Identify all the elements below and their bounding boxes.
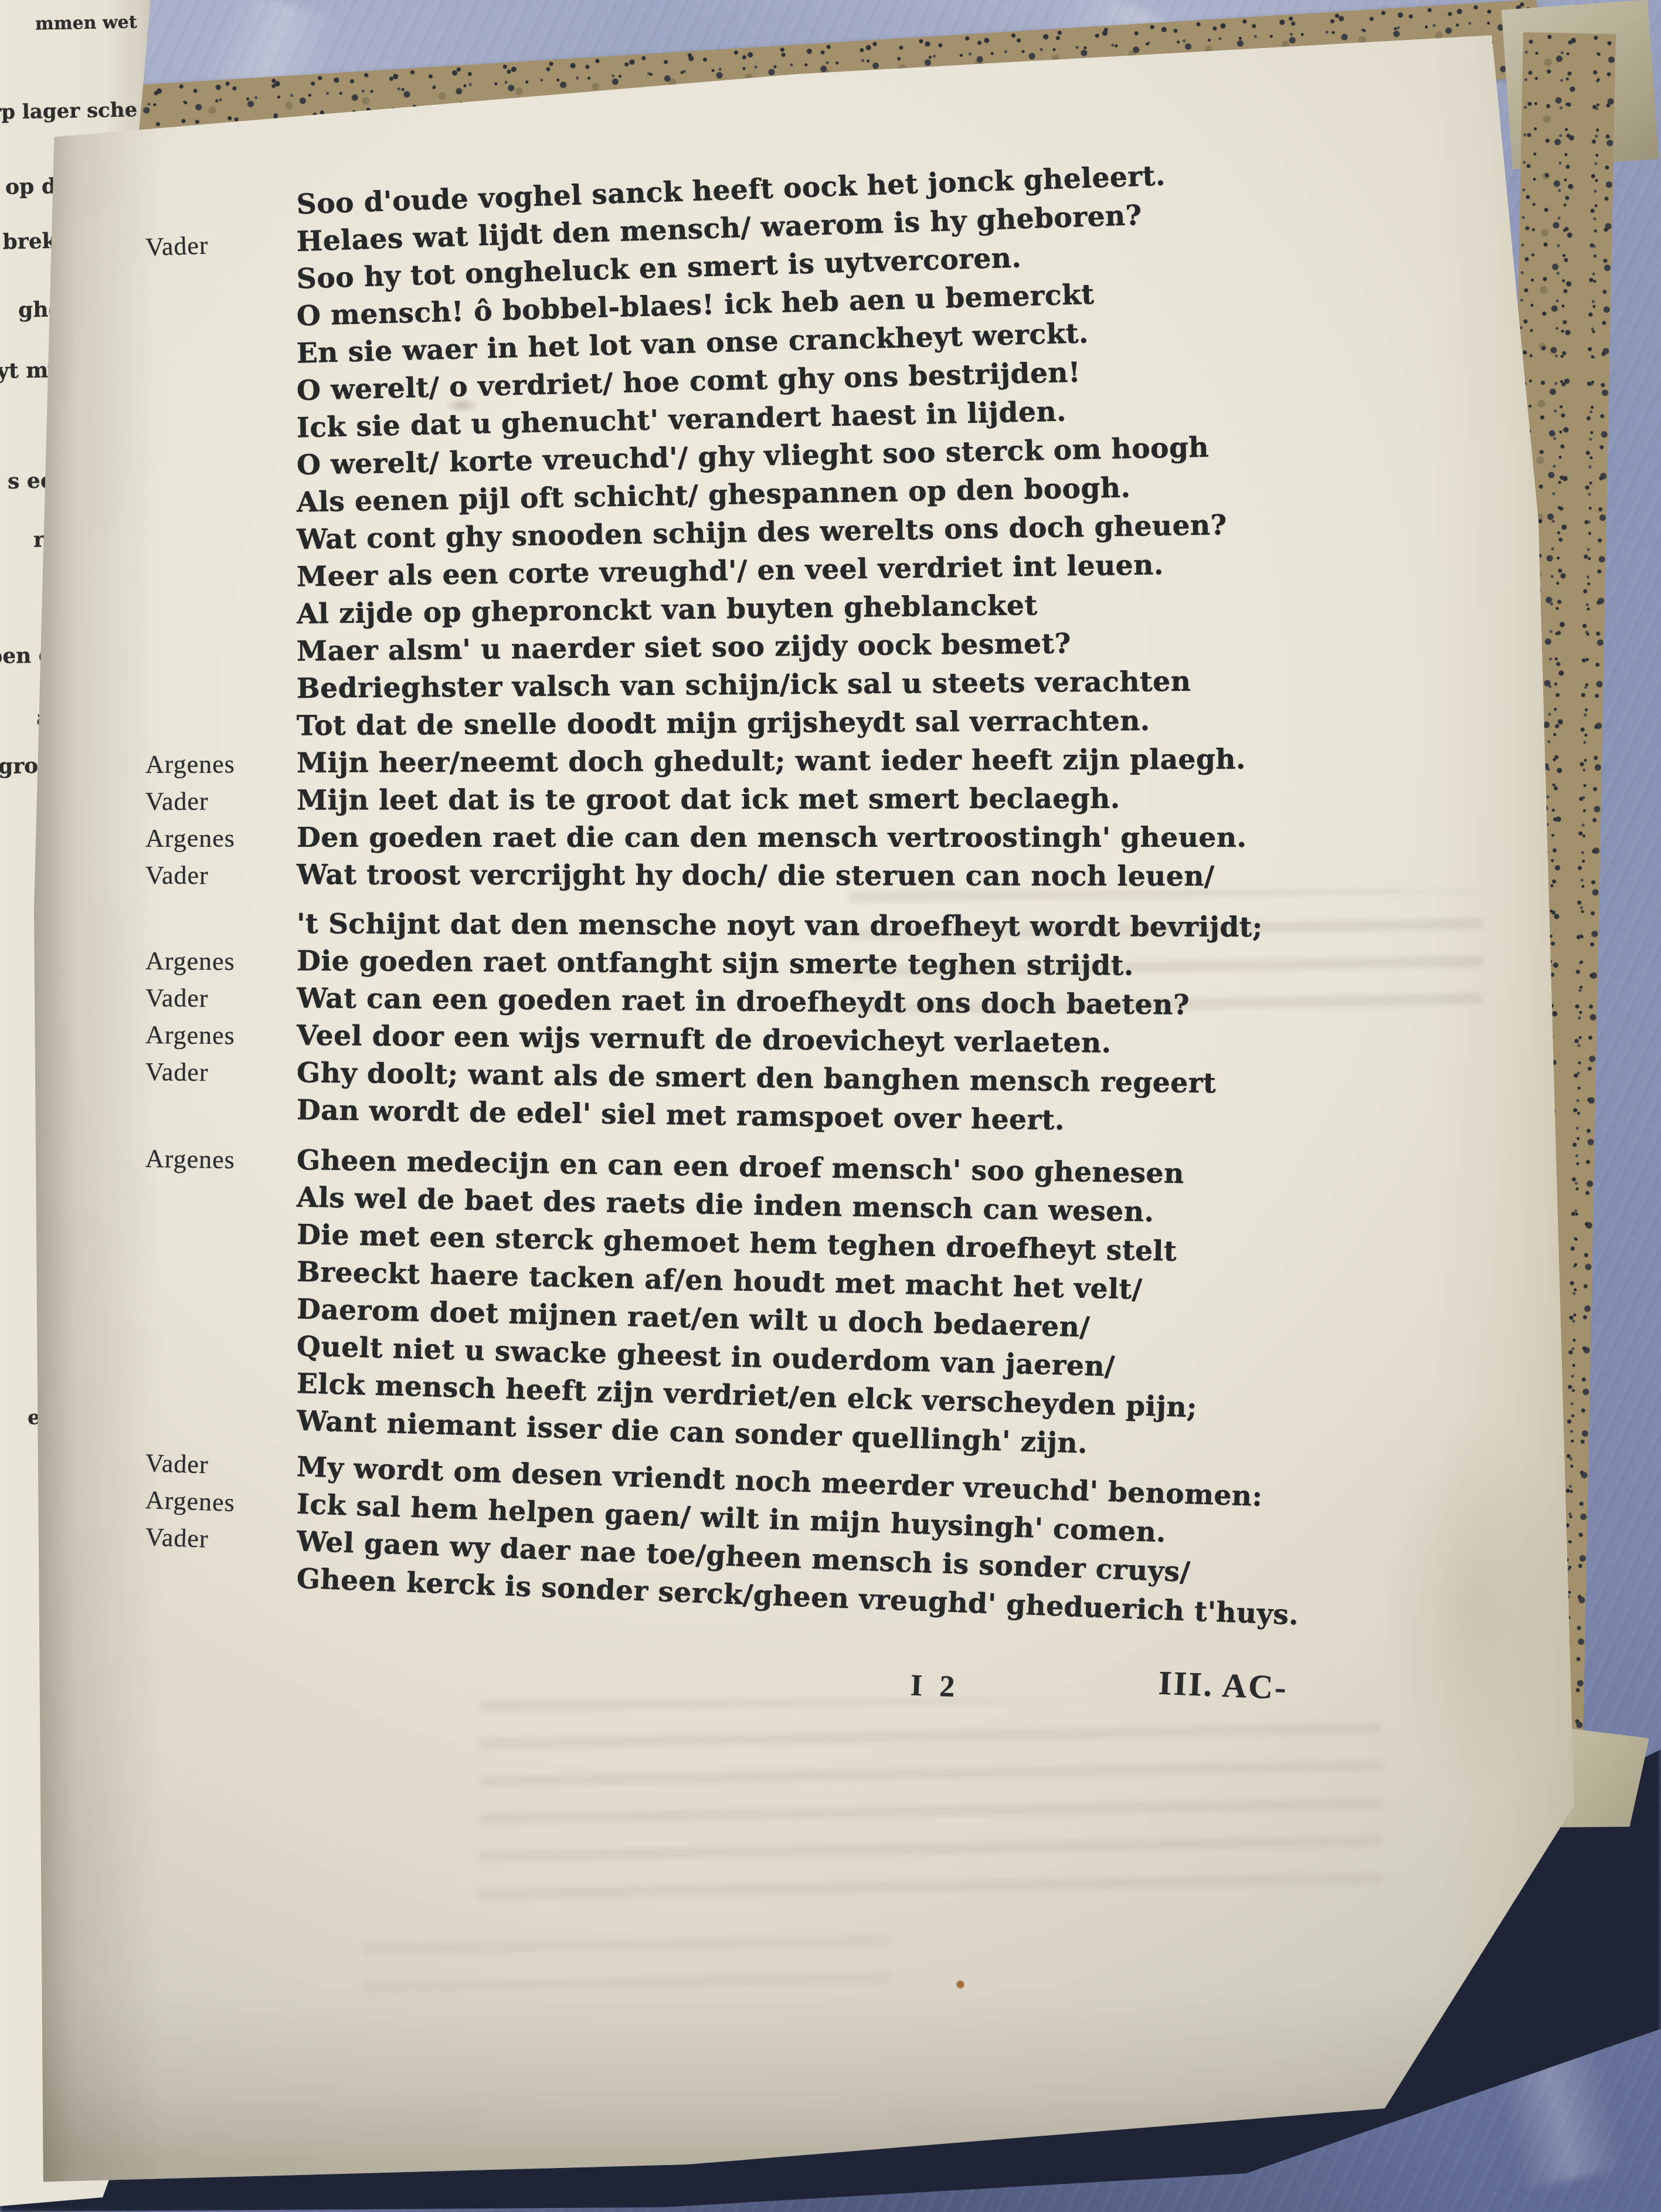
speaker-label	[145, 1352, 297, 1355]
speaker-label	[145, 1389, 297, 1393]
verse-text: 't Schijnt dat den mensche noyt van droe…	[297, 908, 1263, 944]
verse-text: Ghy doolt; want als de smert den banghen…	[297, 1057, 1217, 1100]
speaker-label	[145, 1204, 297, 1206]
verse-line: ArgenesDie goeden raet ontfanght sijn sm…	[145, 944, 1511, 987]
speaker-label	[145, 660, 297, 662]
speaker-label	[145, 623, 297, 625]
speaker-label	[145, 1582, 297, 1587]
speaker-label	[145, 511, 297, 514]
verse-text: Bedrieghster valsch van schijn/ick sal u…	[297, 666, 1191, 705]
verse-text: Dan wordt de edel' siel met ramspoet ove…	[297, 1094, 1065, 1136]
page: I 2 III. AC- Soo d'oude voghel sanck hee…	[34, 22, 1587, 2186]
speaker-label	[145, 362, 297, 367]
speaker-label	[145, 549, 297, 551]
speaker-label: Argenes	[145, 946, 297, 976]
speaker-label: Argenes	[145, 1485, 297, 1519]
verse-line: ArgenesDen goeden raet die can den mensc…	[145, 822, 1511, 857]
verse-text: Die goeden raet ontfanght sijn smerte te…	[297, 945, 1134, 982]
verse-text: Tot dat de snelle doodt mijn grijsheydt …	[297, 705, 1150, 742]
gathering-mark: III. AC-	[1158, 1663, 1289, 1707]
speaker-label	[145, 325, 297, 330]
verse-text: Veel door een wijs vernuft de droevichey…	[297, 1019, 1112, 1059]
speaker-label	[145, 1241, 297, 1244]
speaker-label	[145, 1278, 297, 1281]
speaker-label: Vader	[145, 1448, 297, 1482]
speaker-label	[145, 213, 297, 219]
speaker-label: Vader	[145, 786, 297, 816]
speaker-label	[145, 288, 297, 293]
speaker-label: Argenes	[145, 1144, 297, 1176]
speaker-label	[145, 400, 297, 403]
book-photo: mmen wetterp lager scheop de huyt.de bre…	[0, 0, 1661, 2212]
speaker-label	[145, 735, 297, 736]
speaker-label	[145, 437, 297, 440]
speaker-label: Argenes	[145, 749, 297, 779]
verse-text: Al zijde op ghepronckt van buyten ghebla…	[297, 589, 1038, 630]
speaker-label: Vader	[145, 228, 297, 262]
speaker-label: Argenes	[145, 823, 297, 853]
verse-line: ArgenesMijn heer/neemt doch ghedult; wan…	[145, 742, 1511, 783]
speaker-label	[145, 1426, 297, 1430]
speaker-label	[145, 1117, 297, 1119]
verse-line: 't Schijnt dat den mensche noyt van droe…	[145, 907, 1511, 948]
speaker-label: Vader	[145, 1522, 297, 1557]
verse-text: Wat can een goeden raet in droefheydt on…	[297, 982, 1190, 1021]
speaker-label	[145, 586, 297, 588]
speaker-label	[145, 698, 297, 699]
speaker-label: Argenes	[145, 1020, 297, 1051]
verse-line: VaderWat troost vercrijght hy doch/ die …	[145, 859, 1511, 896]
verse-line: Tot dat de snelle doodt mijn grijsheydt …	[145, 703, 1511, 746]
verse-text: Wat troost vercrijght hy doch/ die steru…	[297, 859, 1215, 893]
speaker-label	[145, 1315, 297, 1318]
facing-page-fragment: mmen wet	[35, 12, 137, 34]
verse-text: Mijn leet dat is te groot dat ick met sm…	[297, 783, 1120, 817]
verse-text-block: I 2 III. AC- Soo d'oude voghel sanck hee…	[34, 22, 1587, 2186]
verse-line: VaderMijn leet dat is te groot dat ick m…	[145, 782, 1511, 820]
speaker-label: Vader	[145, 1057, 297, 1088]
speaker-label: Vader	[145, 860, 297, 890]
speaker-label: Vader	[145, 983, 297, 1014]
speaker-label	[145, 474, 297, 477]
signature-mark: I 2	[910, 1668, 960, 1705]
verse-text: Den goeden raet die can den mensch vertr…	[297, 822, 1246, 854]
speaker-label	[145, 932, 297, 933]
facing-page-fragment: terp lager sche	[0, 98, 137, 124]
verse-text: Mijn heer/neemt doch ghedult; want ieder…	[297, 743, 1246, 779]
verse-text: Maer alsm' u naerder siet soo zijdy oock…	[297, 627, 1071, 667]
